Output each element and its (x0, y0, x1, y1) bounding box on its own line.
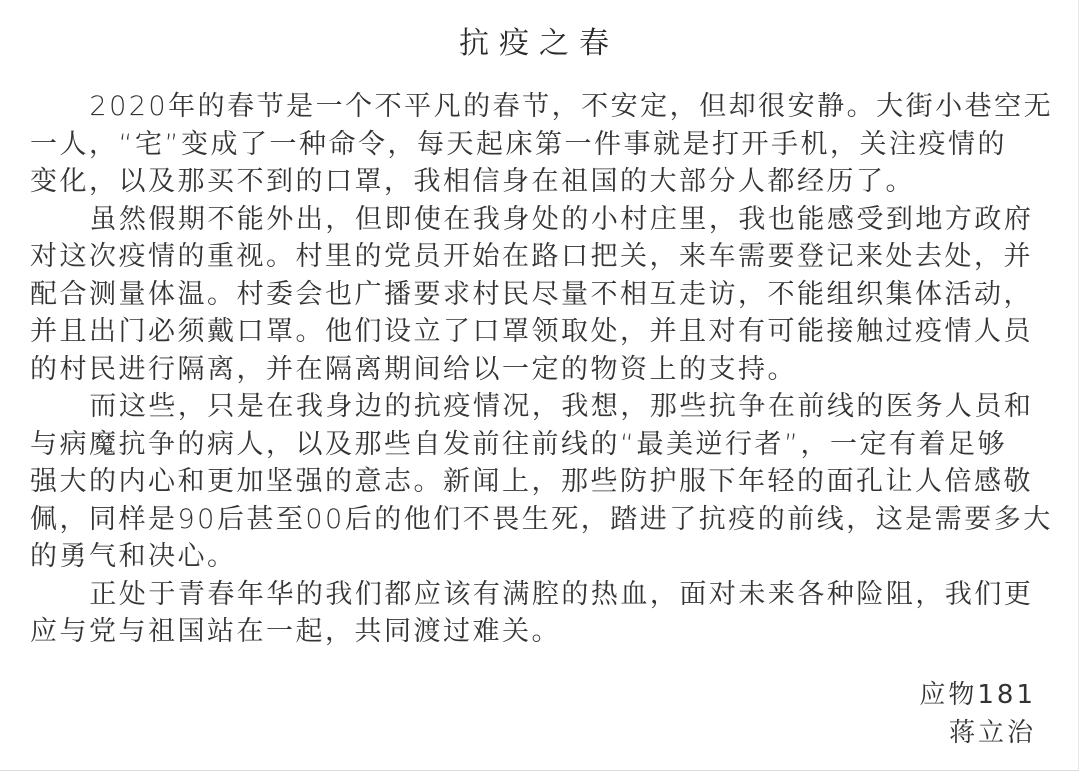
essay-paragraph: 2020年的春节是一个不平凡的春节，不安定，但却很安静。大街小巷空无 一人，“宅… (30, 88, 1048, 201)
essay-line: 而这些，只是在我身边的抗疫情况，我想，那些抗争在前线的医务人员和 (30, 388, 1048, 426)
essay-line: 一人，“宅”变成了一种命令，每天起床第一件事就是打开手机，关注疫情的 (30, 126, 1048, 164)
essay-signature: 应物181 蒋立治 (919, 676, 1036, 752)
handwritten-essay-page: 抗疫之春 2020年的春节是一个不平凡的春节，不安定，但却很安静。大街小巷空无 … (0, 0, 1078, 770)
signature-name: 蒋立治 (919, 714, 1036, 752)
essay-line: 正处于青春年华的我们都应该有满腔的热血，面对未来各种险阻，我们更 (30, 576, 1048, 614)
essay-line: 佩，同样是90后甚至00后的他们不畏生死，踏进了抗疫的前线，这是需要多大 (30, 501, 1048, 539)
essay-line: 对这次疫情的重视。村里的党员开始在路口把关，来车需要登记来处去处，并 (30, 238, 1048, 276)
essay-line: 并且出门必须戴口罩。他们设立了口罩领取处，并且对有可能接触过疫情人员 (30, 313, 1048, 351)
essay-body: 2020年的春节是一个不平凡的春节，不安定，但却很安静。大街小巷空无 一人，“宅… (30, 88, 1048, 651)
essay-line: 的勇气和决心。 (30, 538, 1048, 576)
essay-paragraph: 虽然假期不能外出，但即使在我身处的小村庄里，我也能感受到地方政府 对这次疫情的重… (30, 201, 1048, 389)
essay-paragraph: 而这些，只是在我身边的抗疫情况，我想，那些抗争在前线的医务人员和 与病魔抗争的病… (30, 388, 1048, 576)
essay-paragraph: 正处于青春年华的我们都应该有满腔的热血，面对未来各种险阻，我们更 应与党与祖国站… (30, 576, 1048, 651)
essay-line: 应与党与祖国站在一起，共同渡过难关。 (30, 613, 1048, 651)
essay-line: 与病魔抗争的病人，以及那些自发前往前线的“最美逆行者”，一定有着足够 (30, 426, 1048, 464)
essay-line: 变化，以及那买不到的口罩，我相信身在祖国的大部分人都经历了。 (30, 163, 1048, 201)
essay-title: 抗疫之春 (30, 18, 1048, 62)
essay-line: 强大的内心和更加坚强的意志。新闻上，那些防护服下年轻的面孔让人倍感敬 (30, 463, 1048, 501)
essay-line: 配合测量体温。村委会也广播要求村民尽量不相互走访，不能组织集体活动， (30, 276, 1048, 314)
signature-class: 应物181 (919, 676, 1036, 714)
essay-line: 的村民进行隔离，并在隔离期间给以一定的物资上的支持。 (30, 351, 1048, 389)
essay-line: 2020年的春节是一个不平凡的春节，不安定，但却很安静。大街小巷空无 (30, 88, 1048, 126)
essay-line: 虽然假期不能外出，但即使在我身处的小村庄里，我也能感受到地方政府 (30, 201, 1048, 239)
